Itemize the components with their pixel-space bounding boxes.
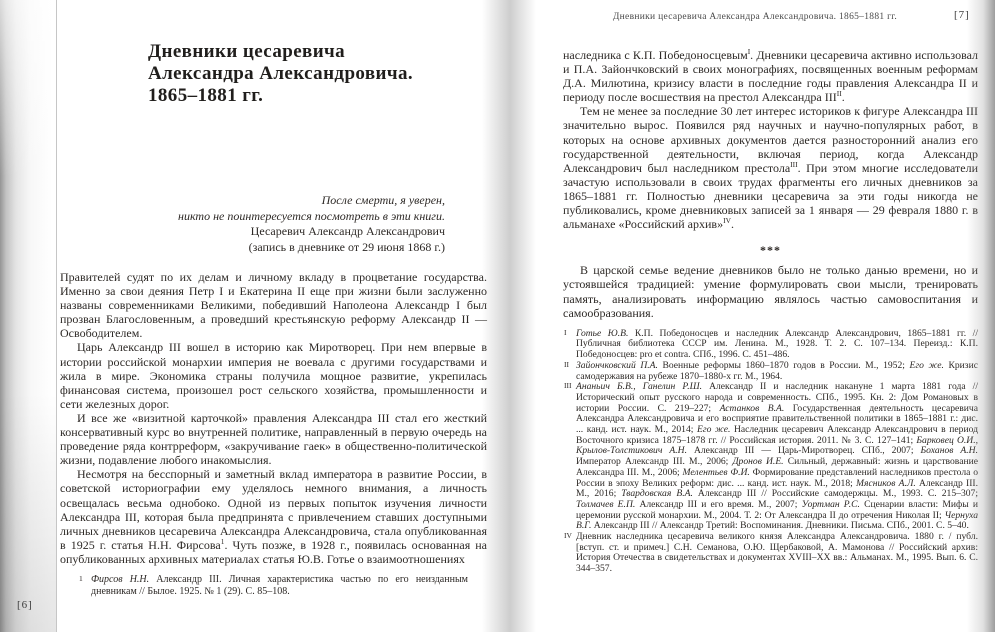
epigraph-attribution: Цесаревич Александр Александрович xyxy=(60,224,445,240)
footnote-text: Готье Ю.В. К.П. Победоносцев и наследник… xyxy=(576,328,978,360)
left-body: Правителей судят по их делам и личному в… xyxy=(60,270,487,566)
footnote-marker: 1 xyxy=(79,573,83,585)
gutter-shadow xyxy=(482,0,536,632)
epigraph-source: (запись в дневнике от 29 июня 1868 г.) xyxy=(60,240,445,256)
right-body: наследника с К.П. ПобедоносцевымI. Дневн… xyxy=(563,48,978,320)
footnote-marker: III xyxy=(564,381,572,392)
margin-rule xyxy=(56,0,57,632)
chapter-title: Дневники цесаревича Александра Александр… xyxy=(148,41,413,107)
paragraph: Правителей судят по их делам и личному в… xyxy=(60,270,487,340)
running-head: Дневники цесаревича Александра Александр… xyxy=(563,12,947,22)
left-page-column: Дневники цесаревича Александра Александр… xyxy=(60,0,487,632)
epigraph-line: После смерти, я уверен, xyxy=(60,193,445,209)
footnote: II Зайончковский П.А. Военные реформы 18… xyxy=(563,361,978,382)
chapter-title-line-2: Александра Александровича. xyxy=(148,63,413,85)
footnote: I Готье Ю.В. К.П. Победоносцев и наследн… xyxy=(563,329,978,361)
footnote-text: Дневник наследника цесаревича великого к… xyxy=(576,531,978,574)
footnote-text: Фирсов Н.Н. Александр III. Личная характ… xyxy=(91,574,468,597)
footnote-marker: IV xyxy=(564,531,572,542)
footnote-text: Ананьич Б.В., Ганелин Р.Ш. Александр II … xyxy=(576,381,978,531)
footnote: III Ананьич Б.В., Ганелин Р.Ш. Александр… xyxy=(563,382,978,532)
right-page-column: Дневники цесаревича Александра Александр… xyxy=(563,0,978,632)
book-spread: [6] Дневники цесаревича Александра Алекс… xyxy=(0,0,995,632)
section-separator: *** xyxy=(563,243,978,257)
epigraph-line: никто не поинтересуется посмотреть в эти… xyxy=(60,209,445,225)
chapter-title-line-1: Дневники цесаревича xyxy=(148,41,413,63)
footnote-marker: II xyxy=(564,360,569,371)
paragraph: наследника с К.П. ПобедоносцевымI. Дневн… xyxy=(563,48,978,104)
footnote-marker: I xyxy=(564,328,567,339)
left-page-text: Правителей судят по их делам и личному в… xyxy=(60,270,487,598)
left-page-edge-shadow xyxy=(0,0,56,632)
footnote: IV Дневник наследника цесаревича великог… xyxy=(563,532,978,575)
footnote: 1 Фирсов Н.Н. Александр III. Личная хара… xyxy=(78,574,468,598)
paragraph: Несмотря на бесспорный и заметный вклад … xyxy=(60,467,487,566)
right-footnotes: I Готье Ю.В. К.П. Победоносцев и наследн… xyxy=(563,329,978,575)
page-number-left: [6] xyxy=(17,599,33,611)
left-footnotes: 1 Фирсов Н.Н. Александр III. Личная хара… xyxy=(78,574,468,598)
paragraph: И все же «визитной карточкой» правления … xyxy=(60,411,487,467)
right-page-edge-shadow xyxy=(967,0,995,632)
paragraph: Царь Александр III вошел в историю как М… xyxy=(60,340,487,410)
right-page-text: наследника с К.П. ПобедоносцевымI. Дневн… xyxy=(563,48,978,575)
chapter-title-line-3: 1865–1881 гг. xyxy=(148,85,413,107)
footnote-text: Зайончковский П.А. Военные реформы 1860–… xyxy=(576,360,978,382)
epigraph: После смерти, я уверен, никто не поинтер… xyxy=(60,193,487,255)
paragraph: Тем не менее за последние 30 лет интерес… xyxy=(563,104,978,231)
paragraph: В царской семье ведение дневников было н… xyxy=(563,263,978,319)
